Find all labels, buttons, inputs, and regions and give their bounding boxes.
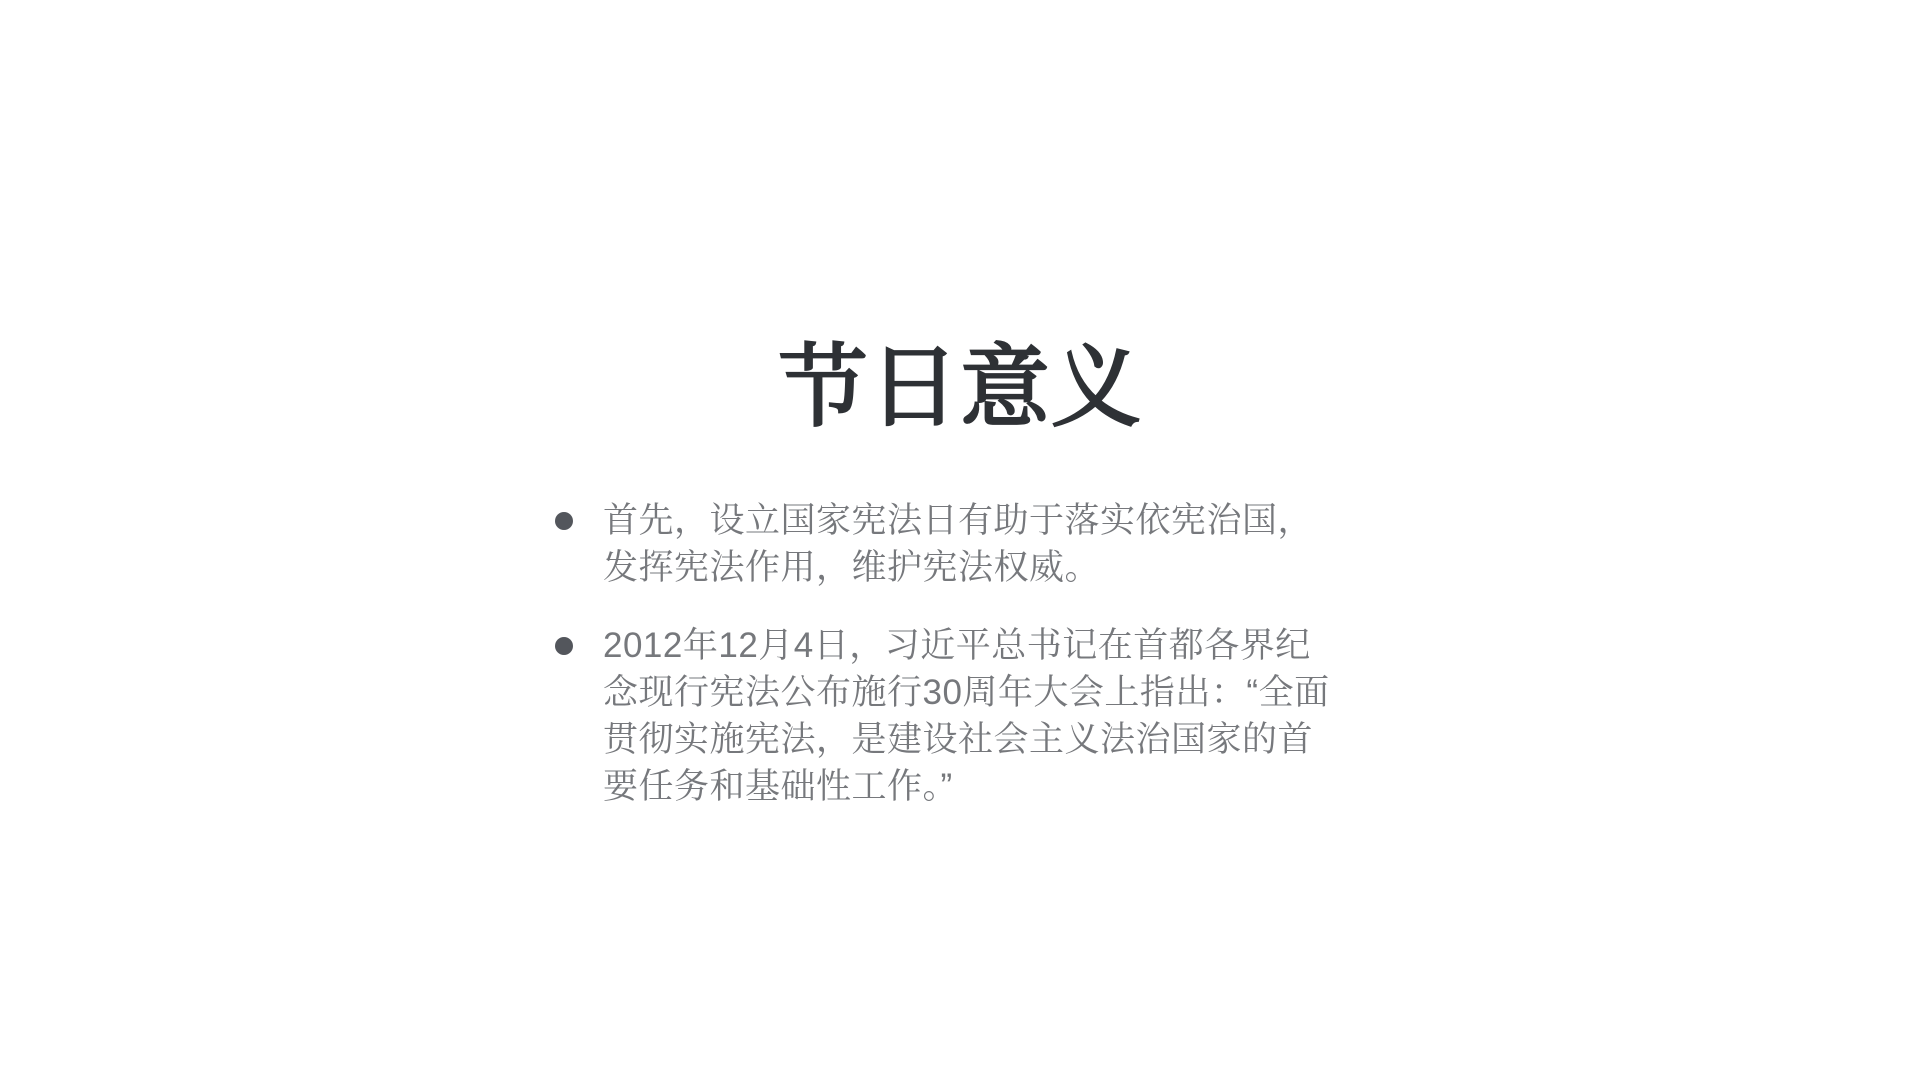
page-title: 节日意义 bbox=[0, 338, 1920, 438]
bullet-item: 2012年12月4日，习近平总书记在首都各界纪念现行宪法公布施行30周年大会上指… bbox=[555, 622, 1345, 810]
bullet-list: 首先，设立国家宪法日有助于落实依宪治国，发挥宪法作用，维护宪法权威。 2012年… bbox=[555, 497, 1345, 810]
bullet-dot-icon bbox=[555, 512, 573, 530]
bullet-text: 首先，设立国家宪法日有助于落实依宪治国，发挥宪法作用，维护宪法权威。 bbox=[603, 501, 1313, 587]
bullet-text: 2012年12月4日，习近平总书记在首都各界纪念现行宪法公布施行30周年大会上指… bbox=[603, 626, 1330, 806]
bullet-dot-icon bbox=[555, 637, 573, 655]
bullet-item: 首先，设立国家宪法日有助于落实依宪治国，发挥宪法作用，维护宪法权威。 bbox=[555, 497, 1345, 591]
slide: 节日意义 首先，设立国家宪法日有助于落实依宪治国，发挥宪法作用，维护宪法权威。 … bbox=[0, 0, 1920, 1080]
